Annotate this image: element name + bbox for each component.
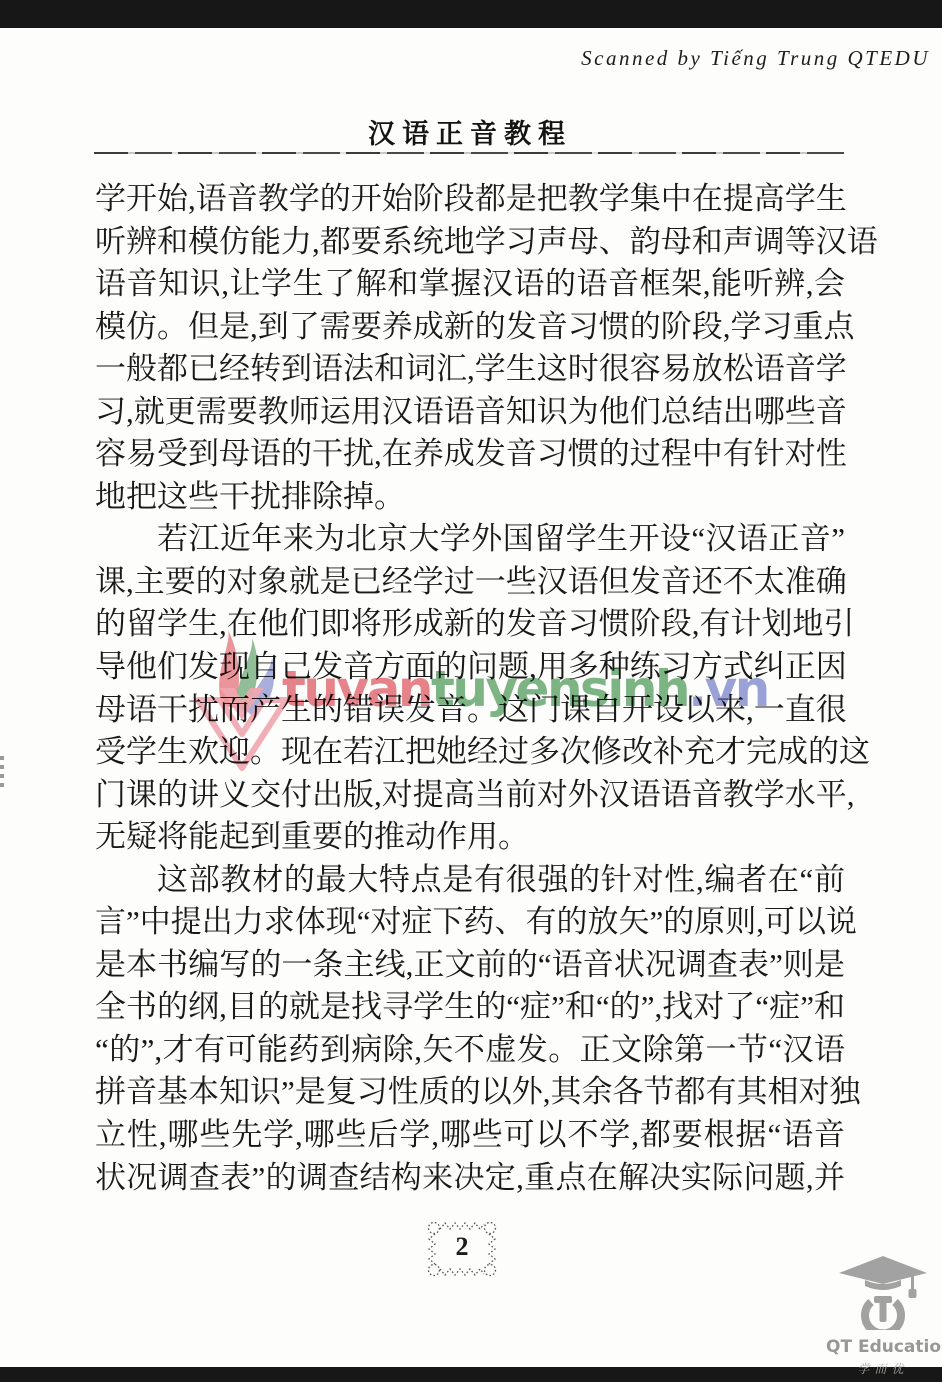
text-line: 的留学生,在他们即将形成新的发音习惯阶段,有计划地引 bbox=[95, 603, 845, 646]
scan-credit: Scanned by Tiếng Trung QTEDU bbox=[581, 46, 930, 71]
text-line: 地把这些干扰排除掉。 bbox=[95, 476, 845, 519]
text-line: 状况调查表”的调查结构来决定,重点在解决实际问题,并 bbox=[95, 1157, 845, 1200]
book-title: 汉语正音教程 bbox=[95, 112, 845, 151]
qt-education-logo: QT Education 学而优 bbox=[826, 1256, 940, 1377]
text-line: 模仿。但是,到了需要养成新的发音习惯的阶段,学习重点 bbox=[95, 306, 845, 349]
text-line: 拼音基本知识”是复习性质的以外,其余各节都有其相对独 bbox=[95, 1071, 845, 1114]
page-number-box: 2 bbox=[424, 1218, 500, 1280]
text-line: 无疑将能起到重要的推动作用。 bbox=[95, 816, 845, 859]
text-line: 母语干扰而产生的错误发音。这门课自开设以来,一直很 bbox=[95, 689, 845, 732]
text-line: 门课的讲义交付出版,对提高当前对外汉语语音教学水平, bbox=[95, 774, 845, 817]
scan-artifact-edge-speck bbox=[0, 756, 4, 790]
qt-logo-tagline: 学而优 bbox=[826, 1360, 940, 1377]
text-line: 全书的纲,目的就是找寻学生的“症”和“的”,找对了“症”和 bbox=[95, 986, 845, 1029]
scan-artifact-bottom-bar bbox=[0, 1367, 942, 1382]
text-line: 听辨和模仿能力,都要系统地学习声母、韵母和声调等汉语 bbox=[95, 221, 845, 264]
text-line: 学开始,语音教学的开始阶段都是把教学集中在提高学生 bbox=[95, 178, 845, 221]
text-line: 立性,哪些先学,哪些后学,哪些可以不学,都要根据“语音 bbox=[95, 1114, 845, 1157]
text-line: 语音知识,让学生了解和掌握汉语的语音框架,能听辨,会 bbox=[95, 263, 845, 306]
text-line: 一般都已经转到语法和词汇,学生这时很容易放松语音学 bbox=[95, 348, 845, 391]
scanned-book-page: { "scan_credit": "Scanned by Tiếng Trung… bbox=[0, 0, 942, 1382]
text-line: 容易受到母语的干扰,在养成发音习惯的过程中有针对性 bbox=[95, 433, 845, 476]
body-text: 学开始,语音教学的开始阶段都是把教学集中在提高学生听辨和模仿能力,都要系统地学习… bbox=[95, 178, 845, 1199]
text-line: 习,就更需要教师运用汉语语音知识为他们总结出哪些音 bbox=[95, 391, 845, 434]
text-line: 言”中提出力求体现“对症下药、有的放矢”的原则,可以说 bbox=[95, 901, 845, 944]
page-number: 2 bbox=[424, 1232, 500, 1262]
graduation-cap-icon bbox=[835, 1256, 931, 1330]
text-line: 是本书编写的一条主线,正文前的“语音状况调查表”则是 bbox=[95, 944, 845, 987]
text-line: 受学生欢迎。现在若江把她经过多次修改补充才完成的这 bbox=[95, 731, 845, 774]
text-line: 若江近年来为北京大学外国留学生开设“汉语正音” bbox=[95, 518, 845, 561]
text-line: 这部教材的最大特点是有很强的针对性,编者在“前 bbox=[95, 859, 845, 902]
title-rule-divider bbox=[94, 152, 844, 154]
text-line: “的”,才有可能药到病除,矢不虚发。正文除第一节“汉语 bbox=[95, 1029, 845, 1072]
text-line: 课,主要的对象就是已经学过一些汉语但发音还不太准确 bbox=[95, 561, 845, 604]
scan-artifact-top-bar bbox=[0, 0, 942, 28]
qt-logo-name: QT Education bbox=[826, 1337, 940, 1357]
text-line: 导他们发现自己发音方面的问题,用多种练习方式纠正因 bbox=[95, 646, 845, 689]
